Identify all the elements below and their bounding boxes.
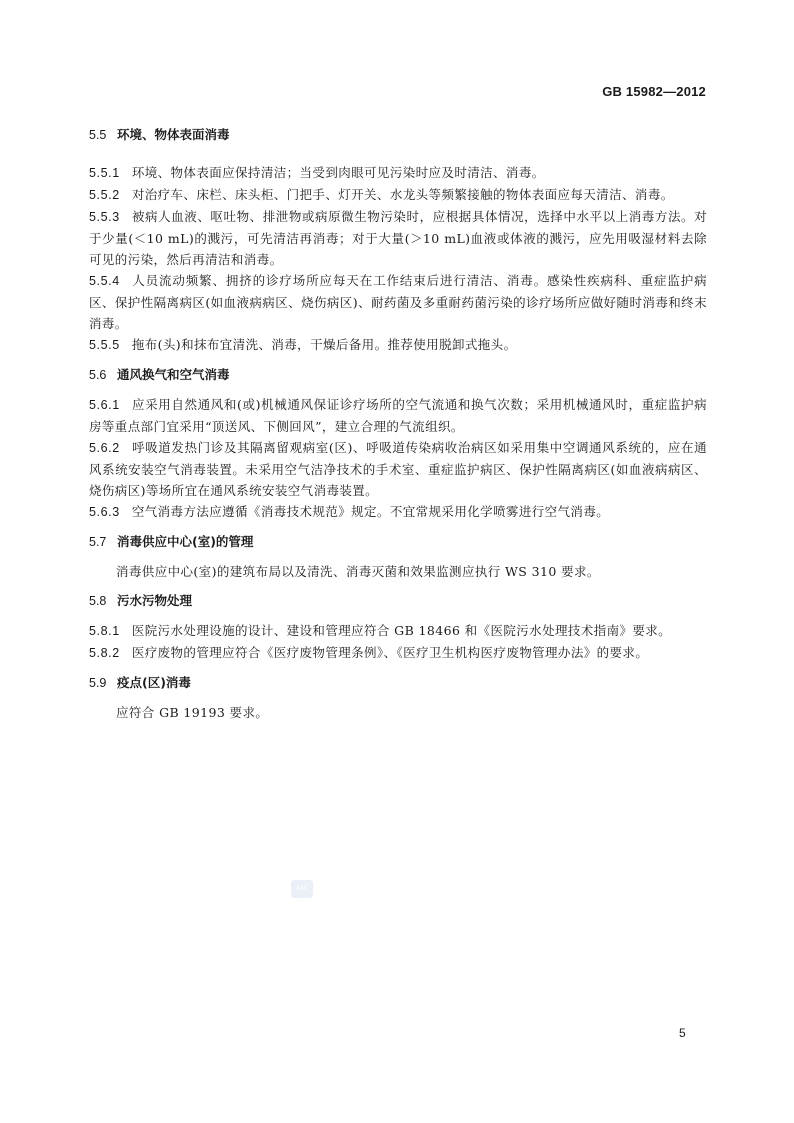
clause: 5.5.4人员流动频繁、拥挤的诊疗场所应每天在工作结束后进行清洁、消毒。感染性疾…: [89, 270, 707, 334]
section-5-5: 5.5环境、物体表面消毒: [89, 124, 707, 146]
section-body: 应符合 GB 19193 要求。: [89, 702, 707, 723]
document-body: 5.5环境、物体表面消毒 5.5.1环境、物体表面应保持清洁；当受到肉眼可见污染…: [89, 124, 707, 723]
clause: 5.6.2呼吸道发热门诊及其隔离留观病室(区)、呼吸道传染病收治病区如采用集中空…: [89, 437, 707, 501]
page-number: 5: [679, 1026, 686, 1040]
standard-number: GB 15982—2012: [602, 84, 706, 99]
clause: 5.6.3空气消毒方法应遵循《消毒技术规范》规定。不宜常规采用化学喷雾进行空气消…: [89, 501, 707, 523]
clause: 5.5.3被病人血液、呕吐物、排泄物或病原微生物污染时，应根据具体情况，选择中水…: [89, 206, 707, 270]
clause: 5.8.1医院污水处理设施的设计、建设和管理应符合 GB 18466 和《医院污…: [89, 620, 707, 642]
sac-watermark-logo: SAC: [291, 880, 313, 898]
section-heading: 5.6通风换气和空气消毒: [89, 364, 707, 386]
section-heading: 5.9疫点(区)消毒: [89, 672, 707, 694]
section-heading: 5.7消毒供应中心(室)的管理: [89, 531, 707, 553]
section-body: 消毒供应中心(室)的建筑布局以及清洗、消毒灭菌和效果监测应执行 WS 310 要…: [89, 561, 707, 582]
clause: 5.5.5拖布(头)和抹布宜清洗、消毒，干燥后备用。推荐使用脱卸式拖头。: [89, 334, 707, 356]
section-heading: 5.5环境、物体表面消毒: [89, 124, 707, 146]
clause: 5.8.2医疗废物的管理应符合《医疗废物管理条例》、《医疗卫生机构医疗废物管理办…: [89, 642, 707, 664]
section-heading: 5.8污水污物处理: [89, 590, 707, 612]
clause: 5.6.1应采用自然通风和(或)机械通风保证诊疗场所的空气流通和换气次数；采用机…: [89, 394, 707, 437]
clause: 5.5.1环境、物体表面应保持清洁；当受到肉眼可见污染时应及时清洁、消毒。: [89, 162, 707, 184]
clause: 5.5.2对治疗车、床栏、床头柜、门把手、灯开关、水龙头等频繁接触的物体表面应每…: [89, 184, 707, 206]
